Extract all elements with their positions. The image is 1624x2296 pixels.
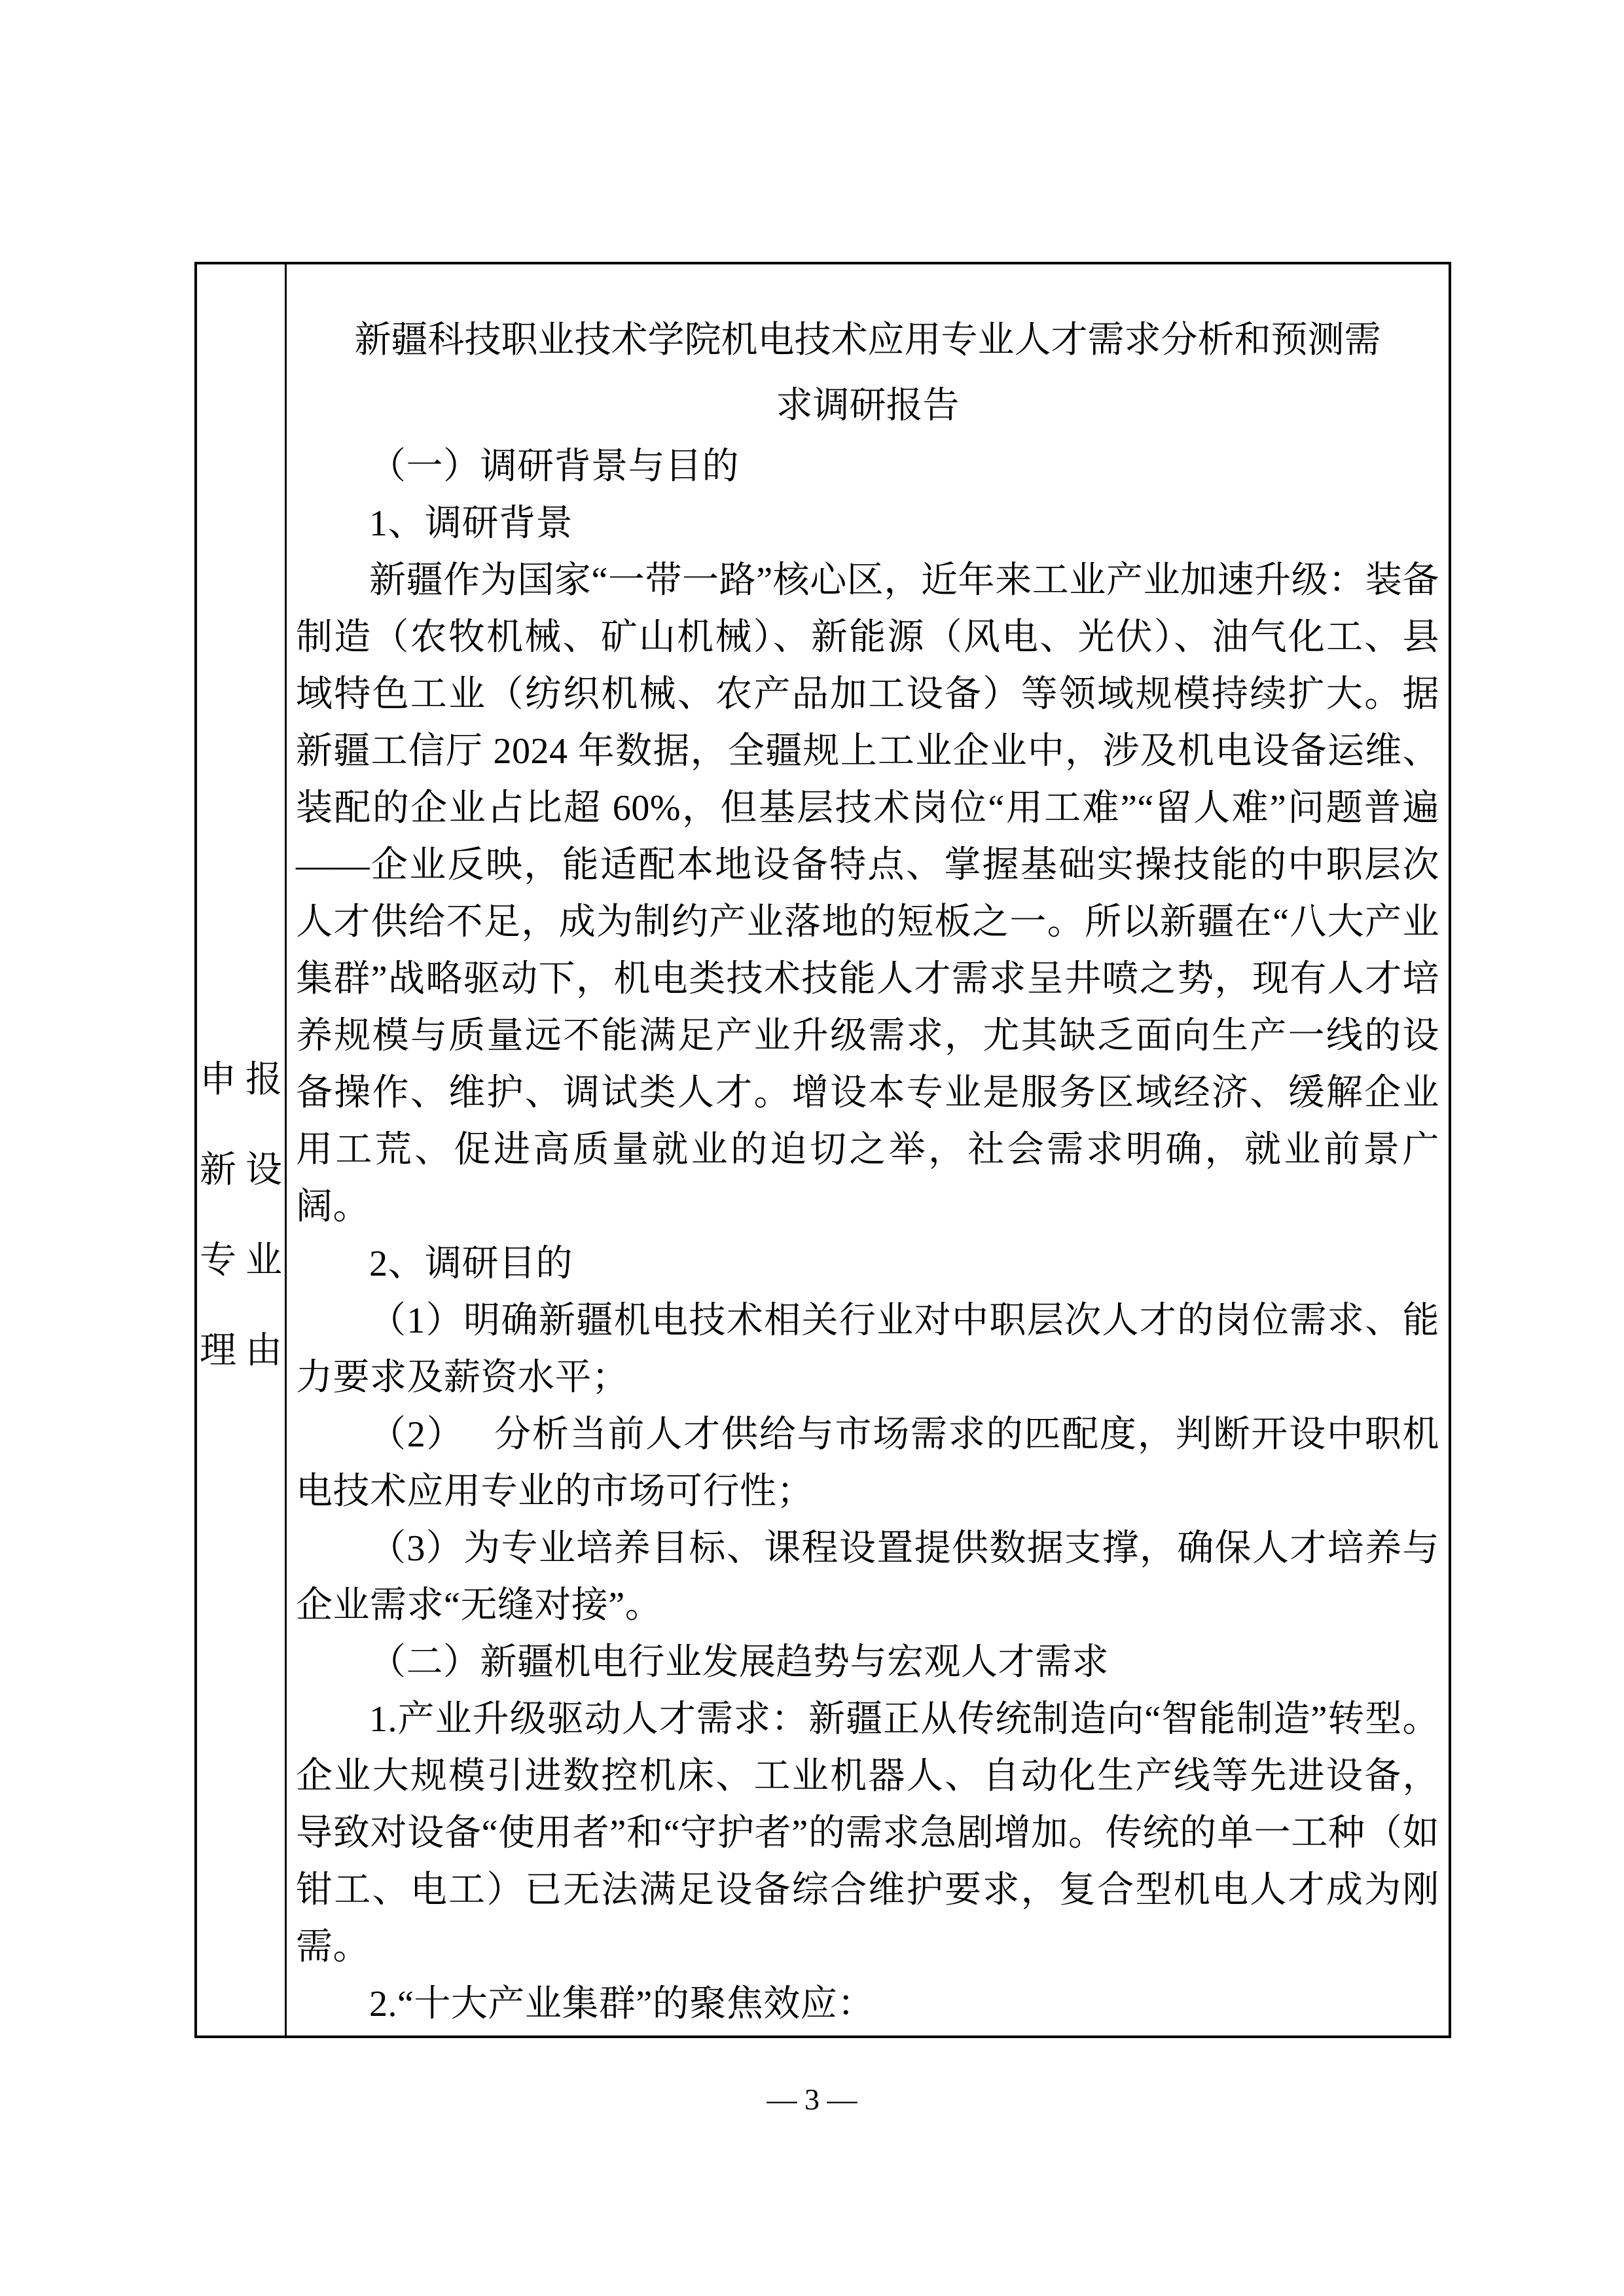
report-paragraph: （二）新疆机电行业发展趋势与宏观人才需求 — [296, 1634, 1439, 1691]
report-title: 新疆科技职业技术学院机电技术应用专业人才需求分析和预测需 求调研报告 — [296, 308, 1439, 439]
report-paragraph: （3）为专业培养目标、课程设置提供数据支撑，确保人才培养与企业需求“无缝对接”。 — [296, 1520, 1439, 1634]
report-paragraph: 1.产业升级驱动人才需求：新疆正从传统制造向“智能制造”转型。企业大规模引进数控… — [296, 1691, 1439, 1976]
report-paragraph: 2、调研目的 — [296, 1236, 1439, 1293]
report-body: （一）调研背景与目的 1、调研背景 新疆作为国家“一带一路”核心区，近年来工业产… — [296, 439, 1439, 2033]
report-title-line: 新疆科技职业技术学院机电技术应用专业人才需求分析和预测需 — [296, 308, 1439, 373]
row-label-cell: 申 报 新 设 专 业 理 由 — [197, 264, 287, 2036]
report-paragraph: 1、调研背景 — [296, 495, 1439, 552]
row-label-line: 专 业 — [200, 1242, 282, 1280]
row-label-line: 申 报 — [200, 1061, 282, 1099]
report-paragraph: （2） 分析当前人才供给与市场需求的匹配度，判断开设中职机电技术应用专业的市场可… — [296, 1407, 1439, 1520]
row-label: 申 报 新 设 专 业 理 由 — [200, 1061, 282, 1370]
content-cell: 新疆科技职业技术学院机电技术应用专业人才需求分析和预测需 求调研报告 （一）调研… — [287, 264, 1449, 2036]
report-paragraph: 2.“十大产业集群”的聚焦效应： — [296, 1976, 1439, 2033]
document-page: 申 报 新 设 专 业 理 由 新疆科技职业技术学院机电技术应用专业人才需求分析… — [0, 0, 1624, 2296]
row-label-line: 理 由 — [200, 1332, 282, 1370]
row-label-line: 新 设 — [200, 1151, 282, 1189]
report-paragraph: （1）明确新疆机电技术相关行业对中职层次人才的岗位需求、能力要求及薪资水平； — [296, 1293, 1439, 1407]
report-paragraph: （一）调研背景与目的 — [296, 439, 1439, 495]
page-number: — 3 — — [0, 2080, 1624, 2119]
report-paragraph: 新疆作为国家“一带一路”核心区，近年来工业产业加速升级：装备制造（农牧机械、矿山… — [296, 552, 1439, 1236]
report-title-line: 求调研报告 — [296, 373, 1439, 439]
application-form-table: 申 报 新 设 专 业 理 由 新疆科技职业技术学院机电技术应用专业人才需求分析… — [194, 262, 1451, 2038]
